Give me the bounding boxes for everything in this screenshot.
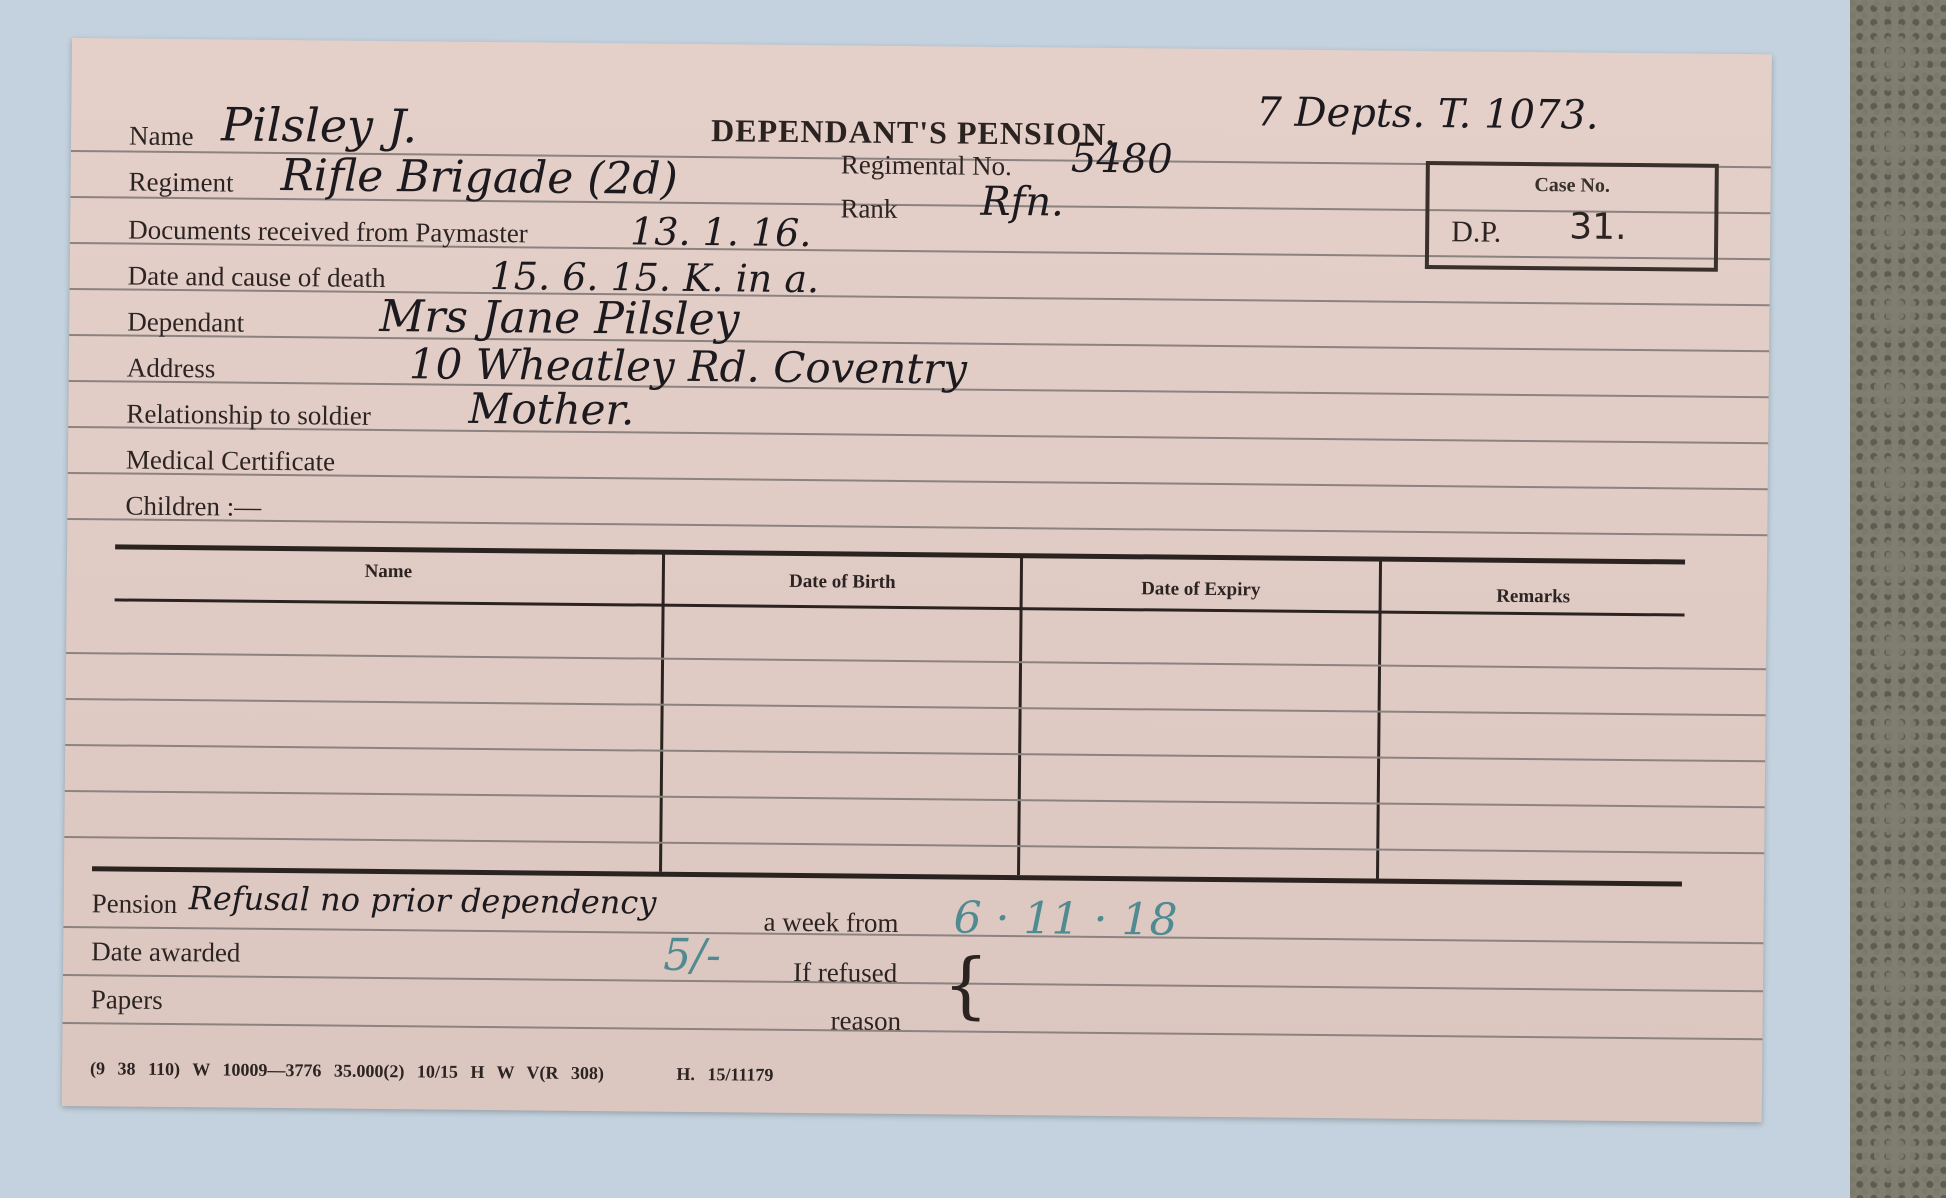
reference-number: 7 Depts. T. 1073. xyxy=(1256,89,1599,138)
documents-received-value: 13. 1. 16. xyxy=(630,209,812,255)
ruled-line xyxy=(63,926,1763,944)
reason-label: reason xyxy=(830,1005,901,1037)
papers-label: Papers xyxy=(91,984,163,1016)
ruled-line xyxy=(67,518,1767,536)
table-header-remarks: Remarks xyxy=(1382,585,1685,610)
regimental-no-label: Regimental No. xyxy=(841,149,1012,182)
documents-received-label: Documents received from Paymaster xyxy=(128,215,528,250)
week-from-label: a week from xyxy=(763,907,898,939)
name-label: Name xyxy=(129,121,194,153)
brace-symbol: { xyxy=(943,942,990,1026)
ruled-line xyxy=(63,1022,1763,1040)
name-value: Pilsley J. xyxy=(221,97,418,153)
relationship-label: Relationship to soldier xyxy=(126,399,371,432)
regiment-label: Regiment xyxy=(128,167,233,199)
pension-amount: 5/- xyxy=(663,930,721,982)
if-refused-label: If refused xyxy=(793,957,897,989)
table-row-line xyxy=(64,836,1764,854)
print-code: (9 38 110) W 10009—3776 35.000(2) 10/15 … xyxy=(90,1058,774,1086)
death-label: Date and cause of death xyxy=(128,261,386,294)
case-number-box: Case No. D.P. 31. xyxy=(1425,161,1719,272)
case-no-prefix: D.P. xyxy=(1451,215,1501,249)
table-header-expiry: Date of Expiry xyxy=(1023,577,1379,602)
children-table: Name Date of Birth Date of Expiry Remark… xyxy=(72,38,1772,54)
table-header-name: Name xyxy=(115,558,662,585)
week-from-value: 6 · 11 · 18 xyxy=(953,893,1177,946)
pension-card: DEPENDANT'S PENSION. 7 Depts. T. 1073. C… xyxy=(62,38,1772,1122)
regimental-no-value: 5480 xyxy=(1071,136,1173,183)
regiment-value: Rifle Brigade (2d) xyxy=(280,150,678,205)
print-code-text: (9 38 110) W 10009—3776 35.000(2) 10/15 … xyxy=(90,1058,604,1083)
table-row-line xyxy=(66,698,1766,716)
table-header-dob: Date of Birth xyxy=(665,570,1020,595)
case-no-label: Case No. xyxy=(1430,173,1715,199)
rank-value: Rfn. xyxy=(980,179,1064,226)
children-label: Children :— xyxy=(125,491,261,523)
carpet-background xyxy=(1850,0,1946,1198)
rank-label: Rank xyxy=(840,193,897,225)
dependant-label: Dependant xyxy=(127,307,244,339)
medical-certificate-label: Medical Certificate xyxy=(126,445,335,478)
relationship-value: Mother. xyxy=(468,384,634,435)
date-awarded-label: Date awarded xyxy=(91,936,240,968)
table-row-line xyxy=(65,744,1765,762)
table-row-line xyxy=(65,790,1765,808)
table-column-divider xyxy=(659,552,665,872)
pension-label: Pension xyxy=(92,888,178,920)
ruled-line xyxy=(63,974,1763,992)
pension-value: Refusal no prior dependency xyxy=(189,879,657,921)
case-no-value: 31. xyxy=(1569,206,1627,248)
table-row-line xyxy=(66,652,1766,670)
dependant-value: Mrs Jane Pilsley xyxy=(379,291,740,345)
address-label: Address xyxy=(127,353,216,385)
form-number: H. 15/11179 xyxy=(676,1064,773,1085)
document-title: DEPENDANT'S PENSION. xyxy=(711,112,1115,153)
table-column-divider xyxy=(1017,555,1023,875)
